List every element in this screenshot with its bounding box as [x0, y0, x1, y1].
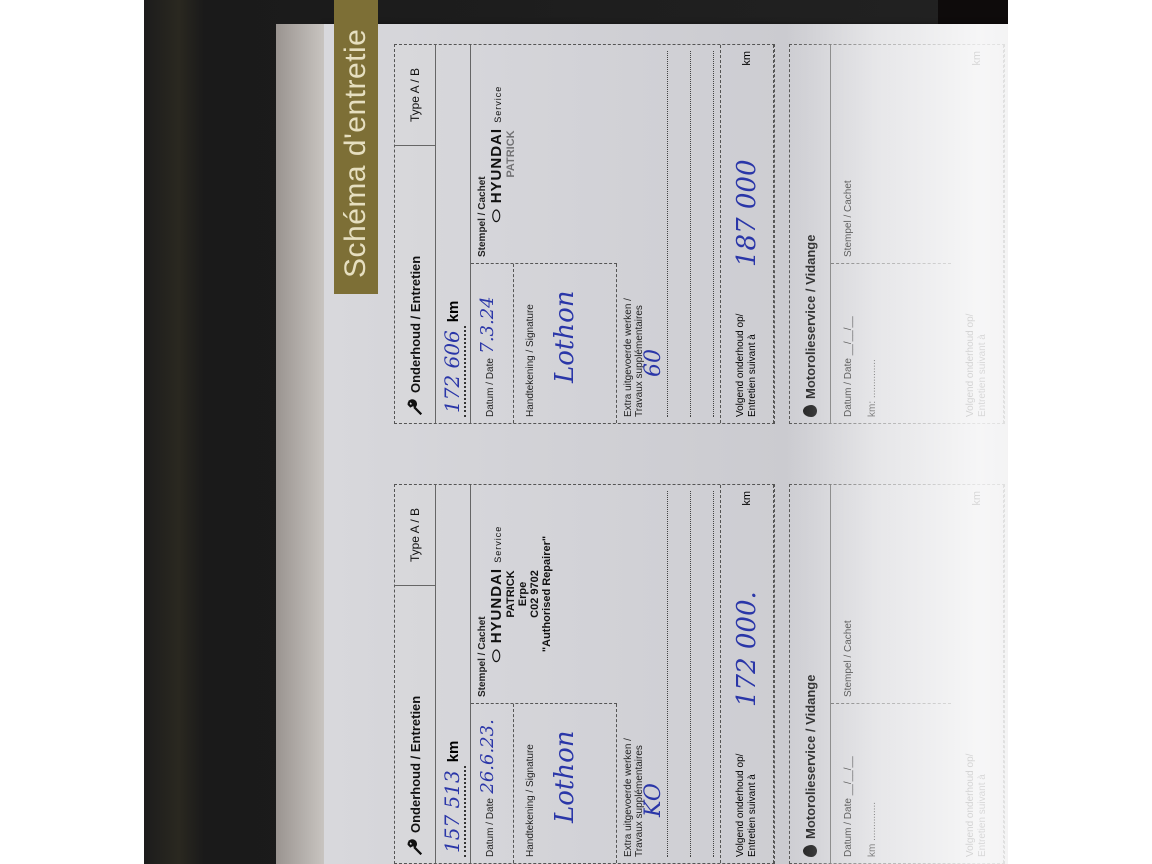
maintenance-entry-2: Onderhoud / Entretien Type A / B 172 606…	[394, 44, 1005, 424]
oil-km-label: km:	[867, 401, 878, 417]
photo: Schéma d'entretie Onderhoud / Entretien …	[144, 0, 1008, 864]
oil-date-value: __/__/__	[843, 316, 854, 355]
signature-value: Lothon	[550, 290, 580, 383]
dealer-stamp: Stempel / Cachet ⬭ HYUNDAI Service PATRI…	[471, 485, 617, 703]
extra-value: 60	[641, 349, 666, 377]
extra-label-nl: Extra uitgevoerde werken /	[623, 51, 634, 417]
oil-date-value: __/__/__	[843, 756, 854, 795]
next-label-fr: Entretien suivant à	[747, 727, 759, 857]
section-tab: Schéma d'entretie	[334, 0, 378, 294]
stamp-brand: HYUNDAI	[488, 128, 505, 203]
entry-header: Onderhoud / Entretien	[408, 256, 423, 393]
oil-next-label-nl: Volgend onderhoud op/	[965, 287, 977, 417]
extra-label-nl: Extra uitgevoerde werken /	[623, 491, 634, 857]
booklet-page: Schéma d'entretie Onderhoud / Entretien …	[324, 24, 1008, 864]
stamp-line: C02 9702	[529, 491, 541, 697]
stamp-line: "Authorised Repairer"	[541, 491, 553, 697]
oil-date-label: Datum / Date	[843, 798, 854, 857]
wrench-icon	[406, 399, 424, 417]
oil-next-unit: km	[971, 491, 983, 506]
page-edge	[276, 24, 324, 864]
km-value: 172 606	[440, 330, 464, 413]
stamp-brand-suffix: Service	[493, 86, 503, 123]
type-label: Type A / B	[395, 45, 435, 146]
km-value: 157 513	[440, 770, 464, 853]
next-label-fr: Entretien suivant à	[747, 287, 759, 417]
type-label: Type A / B	[395, 485, 435, 586]
wrench-icon	[406, 839, 424, 857]
next-service-km: 172 000.	[732, 506, 762, 727]
stamp-label: Stempel / Cachet	[477, 51, 488, 257]
stamp-brand: HYUNDAI	[488, 568, 505, 643]
hyundai-logo-icon: ⬭	[488, 203, 505, 222]
oil-drop-icon	[803, 405, 817, 417]
next-label-nl: Volgend onderhoud op/	[735, 287, 747, 417]
oil-next-label-fr: Entretien suivant à	[977, 727, 989, 857]
km-unit: km	[445, 741, 462, 767]
oil-next-unit: km	[971, 51, 983, 66]
km-unit: km	[445, 301, 462, 327]
hyundai-logo-icon: ⬭	[488, 643, 505, 662]
date-label: Datum / Date	[485, 798, 496, 857]
extra-value: KO	[641, 783, 666, 817]
stamp-line: Erpe	[517, 491, 529, 697]
oil-stamp-label: Stempel / Cachet	[843, 180, 854, 257]
next-label-nl: Volgend onderhoud op/	[735, 727, 747, 857]
oil-next-label-nl: Volgend onderhoud op/	[965, 727, 977, 857]
date-label: Datum / Date	[485, 358, 496, 417]
stamp-line: PATRICK	[505, 491, 517, 697]
signature-value: Lothon	[550, 730, 580, 823]
date-value: 26.6.23.	[477, 719, 498, 793]
oil-header: Motorolieservice / Vidange	[803, 675, 818, 839]
oil-stamp-label: Stempel / Cachet	[843, 620, 854, 697]
signature-label: Handtekening / Signature	[525, 744, 536, 857]
stamp-line: PATRICK	[505, 51, 517, 257]
next-unit: km	[741, 51, 753, 66]
oil-drop-icon	[803, 845, 817, 857]
maintenance-entry-1: Onderhoud / Entretien Type A / B 157 513…	[394, 484, 1005, 864]
oil-date-label: Datum / Date	[843, 358, 854, 417]
oil-header: Motorolieservice / Vidange	[803, 235, 818, 399]
oil-service-2: Motorolieservice / Vidange Datum / Date …	[789, 44, 1005, 424]
next-unit: km	[741, 491, 753, 506]
stamp-brand-suffix: Service	[493, 526, 503, 563]
signature-label: Handtekening / Signature	[525, 304, 536, 417]
stamp-label: Stempel / Cachet	[477, 491, 488, 697]
dealer-stamp: Stempel / Cachet ⬭ HYUNDAI Service PATRI…	[471, 45, 617, 263]
entry-header: Onderhoud / Entretien	[408, 696, 423, 833]
oil-next-label-fr: Entretien suivant à	[977, 287, 989, 417]
date-value: 7.3.24	[477, 296, 498, 353]
next-service-km: 187 000	[732, 66, 762, 287]
oil-km-label: km	[867, 844, 878, 857]
oil-service-1: Motorolieservice / Vidange Datum / Date …	[789, 484, 1005, 864]
